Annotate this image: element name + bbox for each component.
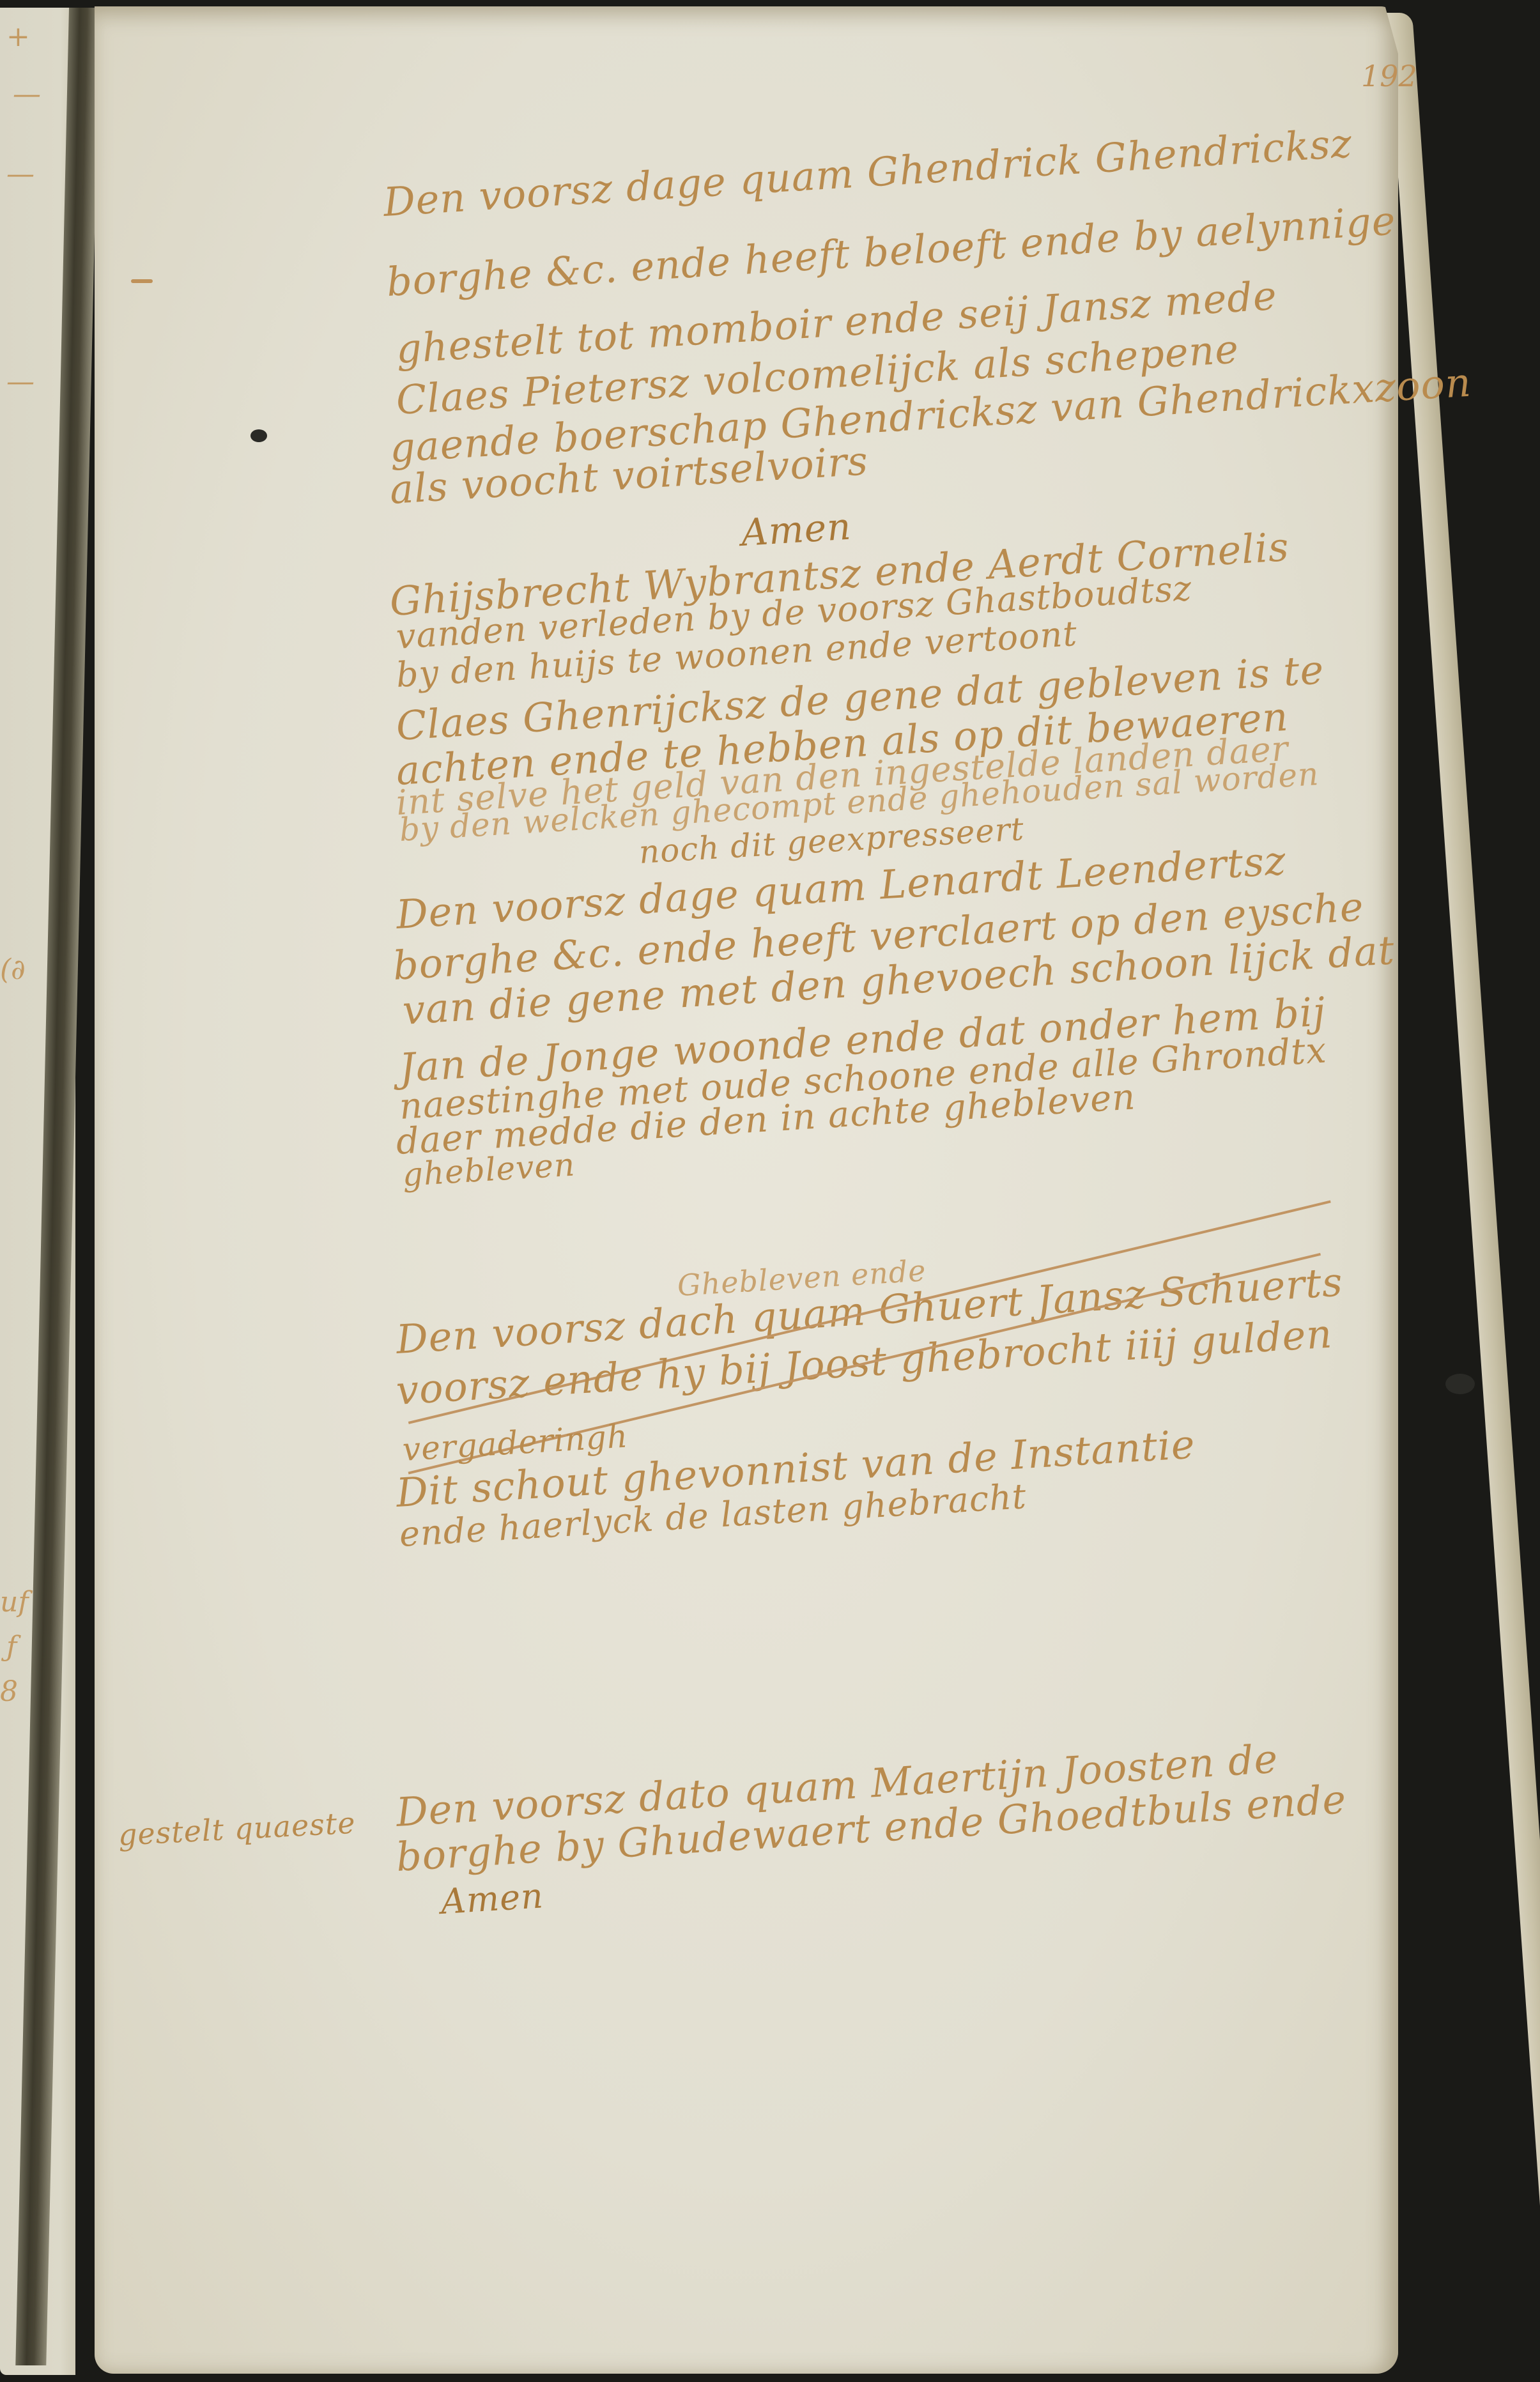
ink-blot bbox=[250, 429, 267, 442]
left-margin-mark: — bbox=[6, 158, 35, 190]
folio-number: 192 bbox=[1361, 59, 1417, 93]
ink-blot bbox=[1445, 1374, 1475, 1394]
left-margin-mark: uf bbox=[0, 1586, 29, 1618]
left-margin-mark: ƒ bbox=[6, 1631, 17, 1663]
left-margin-mark: (∂ bbox=[0, 953, 26, 986]
section-heading: Amen bbox=[740, 505, 852, 555]
left-margin-mark: — bbox=[13, 78, 41, 111]
ink-stroke-mark bbox=[131, 279, 153, 283]
left-margin-mark: + bbox=[6, 20, 30, 53]
left-margin-mark: 8 bbox=[0, 1675, 18, 1708]
closing-word: Amen bbox=[440, 1875, 544, 1922]
left-margin-mark: — bbox=[6, 365, 35, 398]
